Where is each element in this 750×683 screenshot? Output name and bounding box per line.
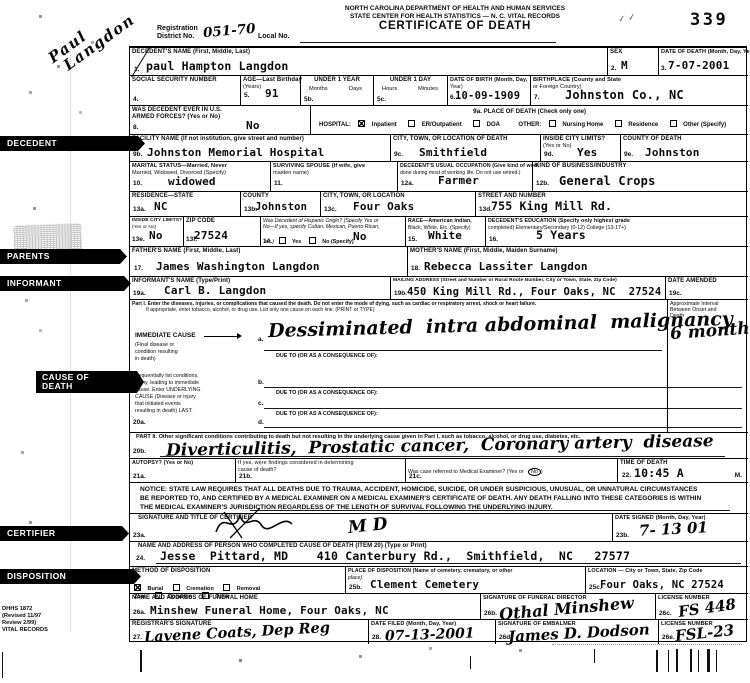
field-number: 21c. [409, 473, 422, 480]
notice-line1: NOTICE: STATE LAW REQUIRES THAT ALL DEAT… [140, 485, 746, 494]
registration-label: Registration [157, 25, 198, 32]
field-label: FATHER'S NAME (First, Middle, Last) [132, 248, 405, 255]
field-label: Was case referred to Medical Examiner? (… [408, 469, 524, 475]
me-paren: ) [541, 469, 543, 475]
field-number: 13e. [132, 236, 145, 243]
field-number: 14. [263, 238, 272, 245]
tab-informant: INFORMANT [0, 276, 131, 291]
field-date-of-birth: DATE OF BIRTH (Month, Day, Year) 6. 10-0… [447, 75, 530, 105]
field-marital-status: MARITAL STATUS—Married, Never Married, W… [130, 161, 270, 191]
form-code-4: VITAL RECORDS [2, 627, 48, 634]
certificate-form: DECEDENT'S NAME (First, Middle, Last) 1.… [129, 46, 747, 642]
field-value: General Crops [559, 174, 656, 188]
field-registrar-signature: REGISTRAR'S SIGNATURE 27. Lavene Coats, … [130, 619, 368, 644]
field-number: 27. [133, 634, 142, 641]
scan-mark-bar [656, 650, 658, 672]
field-date-filed: DATE FILED (Month, Day, Year) 28. 07-13-… [368, 619, 495, 644]
field-value: No [246, 119, 260, 132]
field-value: James Washington Langdon [156, 260, 320, 273]
field-value: 5 Years [536, 228, 586, 242]
field-number: 12a. [401, 180, 414, 187]
district-no-value: 051-70 [202, 21, 256, 42]
field-number: 13a. [133, 206, 146, 213]
field-number: 13c. [324, 206, 337, 213]
field-embalmer-license: LICENSE NUMBER 26e. FSL-23 [658, 619, 748, 644]
tab-decedent: DECEDENT [0, 136, 145, 151]
field-father-name: FATHER'S NAME (First, Middle, Last) 17. … [130, 246, 407, 276]
field-number: 26e. [662, 634, 675, 641]
field-value: Jesse Pittard, MD 410 Canterbury Rd., Sm… [160, 549, 630, 563]
field-label: LOCATION — City or Town, State, Zip Code [588, 568, 746, 575]
row24-underline [156, 563, 741, 564]
scan-mark-bar [594, 649, 595, 663]
scan-mark-bar [470, 656, 471, 669]
field-residence-street: STREET AND NUMBER 13d. 755 King Mill Rd. [475, 191, 748, 216]
field-value: Carl B. Langdon [164, 284, 266, 297]
field-label: SOCIAL SECURITY NUMBER [132, 77, 238, 84]
field-value: paul Hampton Langdon [146, 59, 288, 73]
due-to-1: DUE TO (OR AS A CONSEQUENCE OF): [276, 353, 378, 359]
field-number: 5c. [377, 96, 386, 103]
checkbox-doa [473, 120, 480, 127]
option-doa: DOA [487, 122, 500, 128]
field-label: RESIDENCE—STATE [132, 193, 238, 200]
arrow-head [237, 333, 242, 339]
field-value: widowed [168, 175, 216, 188]
form-code-block: DHHS 1872 (Revised 11/97 Review 2/99) VI… [2, 606, 48, 634]
field-value: Johnston [645, 146, 700, 159]
field-value: No [149, 229, 163, 242]
hospital-label: HOSPITAL: [319, 122, 351, 128]
place-of-death-options: HOSPITAL: Inpatient ER/Outpatient DOA OT… [319, 113, 733, 131]
field-value: Johnston Memorial Hospital [147, 146, 324, 159]
field-cause-completed-by: NAME AND ADDRESS OF PERSON WHO COMPLETED… [130, 541, 748, 566]
date-filed-handwritten: 07-13-2001 [385, 625, 475, 644]
field-label: PLACE OF DISPOSITION (Name of cemetery, … [348, 568, 583, 575]
field-place-of-disposition: PLACE OF DISPOSITION (Name of cemetery, … [345, 566, 585, 593]
field-label: SURVIVING SPOUSE (If wife, give [273, 163, 395, 170]
tab-cause-of-death: CAUSE OF DEATH [36, 371, 144, 393]
seq-3: cause. Enter UNDERLYING [135, 387, 201, 393]
cause-c-line [264, 408, 742, 409]
field-value: 27524 [194, 229, 228, 242]
scan-dotted-smudge-line [552, 644, 742, 645]
tab-disposition: DISPOSITION [0, 569, 141, 584]
field-embalmer-signature: SIGNATURE OF EMBALMER 26d. James D. Dods… [495, 619, 658, 644]
field-number: 9b. [133, 151, 142, 158]
field-number: 15. [408, 236, 417, 243]
death-certificate-scan: Paul Langdon NORTH CAROLINA DEPARTMENT O… [0, 0, 750, 683]
checkbox-nursing-home [549, 120, 556, 127]
field-number: 22. [622, 472, 631, 479]
field-number: 23a. [133, 532, 146, 539]
field-number: 26c. [659, 610, 672, 617]
field-label: AGE—Last Birthday [243, 77, 298, 84]
field-number: 7. [534, 94, 539, 101]
option-removal: Removal [237, 586, 260, 592]
field-number: 3. [661, 65, 666, 72]
field-age: AGE—Last Birthday (Years) 5. 91 [240, 75, 300, 105]
option-nursing-home: Nursing Home [562, 122, 603, 128]
field-label: RACE—American Indian, [408, 218, 483, 225]
tab-cause-line2: DEATH [42, 382, 134, 391]
ic-sub1: (Final disease or [135, 342, 174, 348]
seq-4: CAUSE (Disease or injury [135, 394, 196, 400]
time-meridiem: M. [735, 472, 742, 479]
date-signed-handwritten: 7- 13 01 [639, 518, 709, 540]
months-label: Months [309, 86, 328, 92]
field-sublabel: completed) Elementary/Secondary (0-12) C… [488, 225, 746, 231]
field-number: 9c. [394, 151, 403, 158]
form-code-2: (Revised 11/97 [2, 613, 48, 620]
field-label: UNDER 1 YEAR [303, 77, 371, 84]
field-findings-considered: If yes, were findings considered in dete… [235, 458, 405, 482]
field-medical-examiner: Was case referred to Medical Examiner? (… [405, 458, 617, 482]
form-code-3: Review 2/99) [2, 620, 48, 627]
field-armed-forces: WAS DECEDENT EVER IN U.S. ARMED FORCES? … [130, 105, 310, 134]
field-number: 17. [134, 265, 143, 272]
field-number: 26a. [133, 609, 146, 616]
field-label: DATE OF BIRTH (Month, Day, [450, 77, 528, 84]
field-certifier-signature: SIGNATURE AND TITLE OF CERTIFIER 23a. M … [130, 513, 612, 541]
field-date-amended: DATE AMENDED 19c. [665, 276, 748, 299]
field-number: 5b. [304, 96, 313, 103]
field-value: White [428, 229, 462, 242]
field-label: MARITAL STATUS—Married, Never [132, 163, 268, 170]
field-label: INSIDE CITY LIMITS? [132, 218, 181, 225]
immediate-cause-label: IMMEDIATE CAUSE [135, 332, 196, 339]
field-value: Four Oaks, NC 27524 [600, 579, 724, 591]
field-residence-county: COUNTY 13b. Johnston [240, 191, 320, 216]
field-value: M [621, 59, 628, 72]
field-label: METHOD OF DISPOSITION [132, 568, 343, 575]
field-number: 9d. [544, 151, 553, 158]
field-value: NC [154, 200, 168, 213]
field-label: FACILITY NAME (If not institution, give … [132, 136, 388, 143]
field-label: INSIDE CITY LIMITS? [543, 136, 618, 143]
field-label: MAILING ADDRESS (Street and Number or Ru… [393, 278, 663, 285]
field-number: 5. [244, 92, 249, 99]
field-value: Rebecca Lassiter Langdon [424, 260, 588, 273]
field-label: BIRTHPLACE (County and State [533, 77, 746, 84]
field-number: 19b. [394, 290, 407, 297]
field-label2: ARMED FORCES? (Yes or No) [132, 114, 308, 121]
field-number: 26b. [484, 610, 497, 617]
field-value: Johnston Co., NC [565, 88, 684, 102]
scan-mark-bar [2, 652, 3, 678]
field-number: 16. [489, 236, 498, 243]
field-number: 2. [611, 65, 616, 72]
field-facility-name: FACILITY NAME (If not institution, give … [130, 134, 390, 161]
field-birthplace: BIRTHPLACE (County and State or Foreign … [530, 75, 748, 105]
number-20a: 20a. [133, 419, 146, 426]
line-d-number: d. [258, 419, 264, 426]
field-value: 10:45 A [634, 466, 684, 480]
due-to-3: DUE TO (OR AS A CONSEQUENCE OF): [276, 411, 378, 417]
field-inside-city-limits-death: INSIDE CITY LIMITS? (Yes or No) 9d. Yes [540, 134, 620, 161]
field-informant-name: INFORMANT'S NAME (Type/Print) 19a. Carl … [130, 276, 390, 299]
field-race: RACE—American Indian, Black, White, Etc.… [405, 216, 485, 246]
field-mother-name: MOTHER'S NAME (First, Middle, Maiden Sur… [407, 246, 748, 276]
field-funeral-home: NAME AND ADDRESS OF FUNERAL HOME 26a. Mi… [130, 593, 480, 619]
scan-margin-dotted-line [70, 40, 71, 632]
field-label: SEX [610, 49, 656, 56]
field-value: 755 King Mill Rd. [491, 199, 612, 213]
field-mailing-address: MAILING ADDRESS (Street and Number or Ru… [390, 276, 665, 299]
field-method-of-disposition: METHOD OF DISPOSITION Burial Cremation R… [130, 566, 345, 593]
field-county-of-death: COUNTY OF DEATH 9e. Johnston [620, 134, 748, 161]
field-value: No [353, 230, 367, 243]
field-label: ZIP CODE [186, 218, 258, 225]
scan-noise-specks [0, 0, 1, 1]
field-label: DECEDENT'S EDUCATION (Specify only highe… [488, 218, 746, 225]
field-kind-of-business: KIND OF BUSINESS/INDUSTRY 12b. General C… [532, 161, 748, 191]
field-city-of-death: CITY, TOWN, OR LOCATION OF DEATH 9c. Smi… [390, 134, 540, 161]
field-label: If yes, were findings considered in dete… [238, 460, 403, 467]
field-label: CITY, TOWN, OR LOCATION [323, 193, 473, 200]
part2-block: PART II. Other significant conditions co… [130, 432, 748, 458]
tab-certifier: CERTIFIER [0, 526, 129, 541]
field-number: 18. [411, 265, 420, 272]
field-residence-city: CITY, TOWN, OR LOCATION 13c. Four Oaks [320, 191, 475, 216]
field-label: COUNTY [243, 193, 318, 200]
field-time-of-death: TIME OF DEATH 22. 10:45 A M. [617, 458, 748, 482]
field-number: 4. [133, 96, 138, 103]
scan-mark-bar [676, 649, 678, 672]
field-number: 11. [274, 180, 283, 187]
field-value: Smithfield [419, 146, 487, 159]
field-autopsy: AUTOPSY? (Yes or No) 21a. [130, 458, 235, 482]
field-place-of-death: 9a. PLACE OF DEATH (Check only one) HOSP… [310, 105, 748, 134]
field-decedent-name: DECEDENT'S NAME (First, Middle, Last) 1.… [130, 48, 607, 75]
scan-mark-bar [707, 649, 710, 672]
ic-sub3: in death) [135, 356, 156, 362]
field-surviving-spouse: SURVIVING SPOUSE (If wife, give maiden n… [270, 161, 397, 191]
line-b-number: b. [258, 379, 264, 386]
field-label: AUTOPSY? (Yes or No) [132, 460, 233, 467]
option-other-specify: Other (Specify) [683, 122, 726, 128]
certifier-signature-scribble [208, 506, 338, 540]
hours-label: Hours [382, 86, 397, 92]
option-er-outpatient: ER/Outpatient [422, 122, 462, 128]
checkbox-er-outpatient [408, 120, 415, 127]
field-value: 91 [265, 87, 279, 100]
field-sex: SEX 2. M [607, 48, 658, 75]
field-number: 24. [136, 555, 145, 562]
field-label: UNDER 1 DAY [376, 77, 445, 84]
agency-line1: NORTH CAROLINA DEPARTMENT OF HEALTH AND … [255, 5, 655, 12]
tab-parents: PARENTS [0, 249, 127, 264]
cause-b-line [264, 387, 742, 388]
local-no-label: Local No. [258, 33, 290, 40]
field-number: 20b. [133, 448, 146, 455]
field-funeral-license: LICENSE NUMBER 26c. FS 448 [655, 593, 748, 619]
ic-sub2: condition resulting [135, 349, 178, 355]
field-sublabel: maiden name) [273, 170, 395, 176]
field-number: 9e. [624, 151, 633, 158]
field-label: DECEDENT'S NAME (First, Middle, Last) [132, 49, 605, 56]
field-value: Minshew Funeral Home, Four Oaks, NC [150, 604, 389, 617]
seq-2: if any, leading to immediate [135, 380, 199, 386]
scan-mark-bar [668, 650, 669, 672]
field-number: 28. [372, 634, 381, 641]
due-to-2: DUE TO (OR AS A CONSEQUENCE OF): [276, 390, 378, 396]
arrow-line [204, 336, 238, 337]
minutes-label: Minutes [418, 86, 438, 92]
checkbox-hispanic-no [309, 237, 316, 244]
field-value: 450 King Mill Rd., Four Oaks, NC 27524 [407, 286, 661, 298]
checkbox-other-specify [670, 120, 677, 127]
district-no-label: District No. [157, 33, 194, 40]
field-label2: cause of death? [238, 467, 403, 473]
seq-6: resulting in death) LAST. [135, 408, 193, 414]
margin-handwritten-name: Paul Langdon [46, 0, 138, 78]
line-c-number: c. [258, 400, 263, 407]
field-label: WAS DECEDENT EVER IN U.S. [132, 107, 308, 114]
field-label: DATE AMENDED [668, 278, 746, 285]
checkbox-inpatient-checked [358, 120, 365, 127]
field-residence-state: RESIDENCE—STATE 13a. NC [130, 191, 240, 216]
me-no-circled: No [528, 468, 541, 476]
field-value: Johnston [255, 201, 307, 213]
field-value: 10-09-1909 [455, 90, 520, 102]
seq-5: that initiated events [135, 401, 181, 407]
checkbox-hispanic-yes [279, 237, 286, 244]
field-hispanic-origin: Was Decedent of Hispanic Origin? (Specif… [260, 216, 405, 246]
field-label: KIND OF BUSINESS/INDUSTRY [535, 163, 746, 170]
field-education: DECEDENT'S EDUCATION (Specify only highe… [485, 216, 748, 246]
option-residence: Residence [628, 122, 658, 128]
field-number: 23b. [616, 532, 629, 539]
certifier-title-handwritten: M D [347, 514, 388, 538]
field-value: Farmer [438, 174, 479, 187]
scan-mark-bar [698, 650, 699, 672]
field-date-signed: DATE SIGNED (Month, Day, Year) 23b. 7- 1… [612, 513, 748, 541]
field-under-1-year: UNDER 1 YEAR Months Days 5b. [300, 75, 373, 105]
form-code-1: DHHS 1872 [2, 606, 48, 613]
field-sublabel: Year) [450, 84, 528, 90]
field-under-1-day: UNDER 1 DAY Hours Minutes 5c. [373, 75, 447, 105]
field-number: 8. [133, 124, 138, 131]
days-label: Days [349, 86, 362, 92]
local-no-line [300, 42, 556, 43]
field-value: Four Oaks [353, 200, 414, 213]
notice-line2: BE REPORTED TO, AND CERTIFIED BY A MEDIC… [140, 494, 746, 503]
field-number: 19c. [669, 290, 682, 297]
field-number: 21a. [133, 473, 146, 480]
field-number: 1. [134, 66, 139, 73]
field-label: CITY, TOWN, OR LOCATION OF DEATH [393, 136, 538, 143]
scan-mark-bar [140, 650, 142, 672]
checkbox-residence [615, 120, 622, 127]
field-disposition-location: LOCATION — City or Town, State, Zip Code… [585, 566, 748, 593]
cause-a-line [264, 350, 662, 351]
cause-d-line [264, 427, 742, 428]
field-value: Clement Cemetery [370, 578, 479, 591]
option-hispanic-no: No (Specify) [322, 239, 353, 245]
field-zip-code: ZIP CODE 13f. 27524 [183, 216, 260, 246]
option-inpatient: Inpatient [372, 122, 397, 128]
certificate-number-stamp: 339 [690, 10, 728, 30]
agency-line2: STATE CENTER FOR HEALTH STATISTICS — N. … [255, 13, 655, 20]
option-hispanic-yes: Yes [292, 239, 301, 245]
scan-mark-bar [690, 649, 692, 672]
field-number: 21b. [239, 473, 252, 480]
field-inside-city-limits-res: INSIDE CITY LIMITS? (Yes or No) 13e. No [130, 216, 183, 246]
field-usual-occupation: DECEDENT'S USUAL OCCUPATION (Give kind o… [397, 161, 532, 191]
field-number: 25b. [349, 584, 362, 591]
field-funeral-director-signature: SIGNATURE OF FUNERAL DIRECTOR 26b. Othal… [480, 593, 655, 619]
field-date-of-death: DATE OF DEATH (Month, Day, Year) 3. 7-07… [658, 48, 748, 75]
field-ssn: SOCIAL SECURITY NUMBER 4. [130, 75, 240, 105]
field-label: MOTHER'S NAME (First, Middle, Maiden Sur… [410, 248, 746, 255]
field-value: 7-07-2001 [668, 59, 729, 72]
field-number: 10. [133, 180, 142, 187]
scan-mark-bar [716, 650, 717, 672]
cause-of-death-block: IMMEDIATE CAUSE (Final disease or condit… [130, 319, 667, 432]
line-a-number: a. [258, 336, 263, 343]
field-label: COUNTY OF DEATH [623, 136, 746, 143]
field-label: DATE OF DEATH (Month, Day, Year) [661, 49, 746, 56]
other-label: OTHER: [518, 122, 541, 128]
field-label: DECEDENT'S USUAL OCCUPATION (Give kind o… [400, 163, 530, 170]
field-number: 19a. [133, 290, 146, 297]
field-number: 12b. [536, 180, 549, 187]
field-label: NAME AND ADDRESS OF FUNERAL HOME [132, 595, 478, 602]
seq-1: Sequentially list conditions, [135, 373, 199, 379]
part2-line [160, 456, 725, 457]
field-value: Yes [577, 146, 597, 159]
certificate-title: CERTIFICATE OF DEATH [255, 20, 655, 32]
